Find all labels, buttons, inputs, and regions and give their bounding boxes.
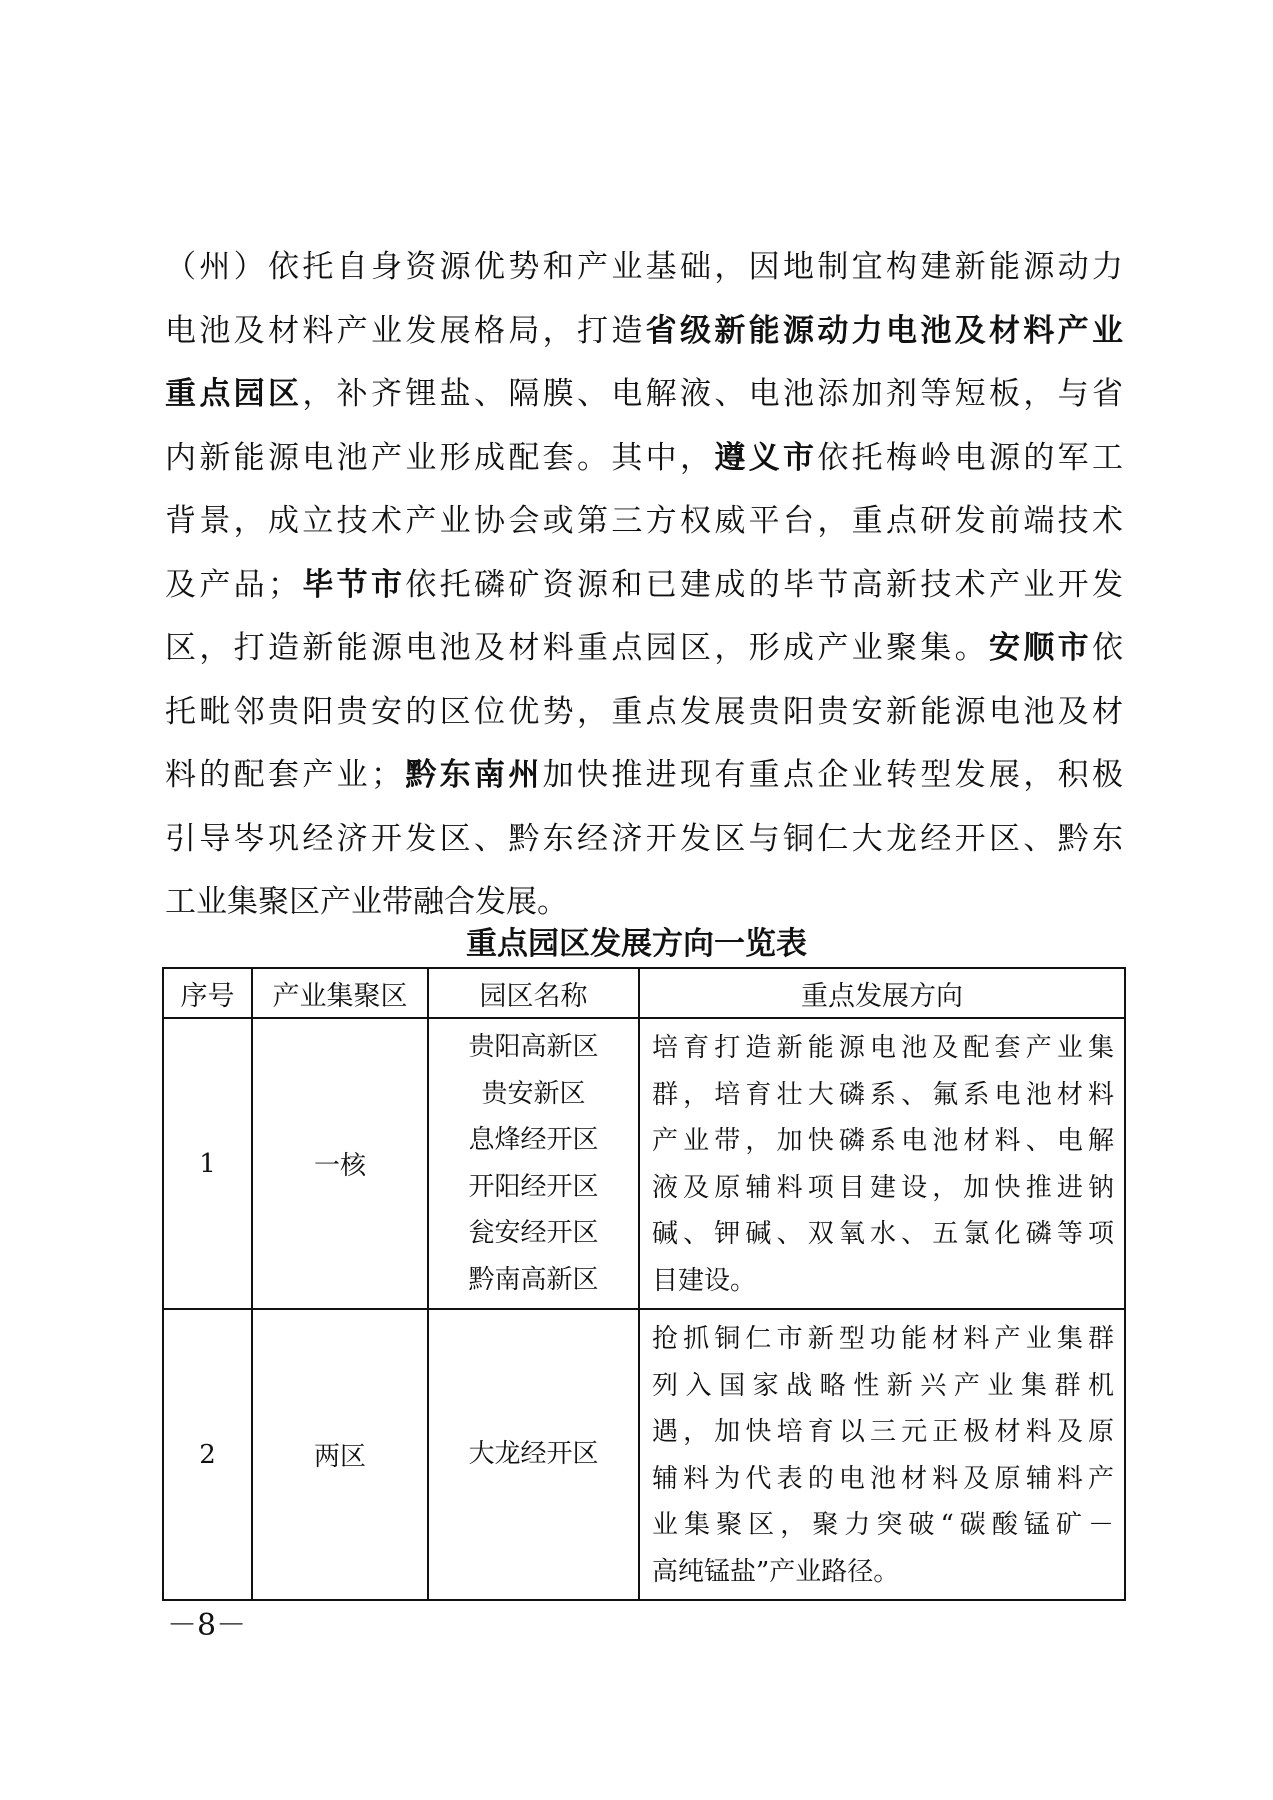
text-run: 托毗邻贵阳贵安的区位优势，重点发展贵阳贵安新能源电池及材 — [165, 694, 1123, 730]
bold-text-run: 重点园区 — [165, 376, 302, 412]
text-run: 依托磷矿资源和已建成的毕节高新技术产业开发 — [405, 567, 1123, 603]
bold-text-run: 安顺市 — [989, 630, 1092, 666]
body-paragraph: （州）依托自身资源优势和产业基础，因地制宜构建新能源动力 电池及材料产业发展格局… — [165, 236, 1123, 935]
text-run: （州）依托自身资源优势和产业基础，因地制宜构建新能源动力 — [165, 249, 1123, 285]
paragraph-line: 背景，成立技术产业协会或第三方权威平台，重点研发前端技术 — [165, 490, 1123, 554]
page-number: －8－ — [167, 1600, 246, 1644]
park-name: 瓮安经开区 — [429, 1210, 638, 1257]
paragraph-line: （州）依托自身资源优势和产业基础，因地制宜构建新能源动力 — [165, 236, 1123, 300]
text-run: 及产品； — [165, 567, 299, 603]
direction-line: 产业带，加快磷系电池材料、电解 — [652, 1118, 1114, 1165]
text-run: 区，打造新能源电池及材料重点园区，形成产业聚集。 — [165, 630, 989, 666]
park-name: 贵阳高新区 — [429, 1024, 638, 1071]
header-index: 序号 — [163, 968, 252, 1018]
paragraph-line: 托毗邻贵阳贵安的区位优势，重点发展贵阳贵安新能源电池及材 — [165, 681, 1123, 745]
direction-line: 遇，加快培育以三元正极材料及原 — [652, 1409, 1114, 1456]
cell-direction: 抢抓铜仁市新型功能材料产业集群 列入国家战略性新兴产业集群机 遇，加快培育以三元… — [639, 1309, 1125, 1600]
bold-text-run: 遵义市 — [714, 440, 817, 476]
header-park-name: 园区名称 — [428, 968, 639, 1018]
text-run: ，补齐锂盐、隔膜、电解液、电池添加剂等短板，与省 — [302, 376, 1123, 412]
header-direction: 重点发展方向 — [639, 968, 1125, 1018]
text-run: 加快推进现有重点企业转型发展，积极 — [543, 757, 1123, 793]
text-run: 电池及材料产业发展格局，打造 — [165, 313, 646, 349]
direction-line: 液及原辅料项目建设，加快推进钠 — [652, 1165, 1114, 1212]
direction-line: 培育打造新能源电池及配套产业集 — [652, 1025, 1114, 1072]
paragraph-line: 及产品；毕节市依托磷矿资源和已建成的毕节高新技术产业开发 — [165, 554, 1123, 618]
park-name: 大龙经开区 — [429, 1431, 638, 1478]
direction-line: 辅料为代表的电池材料及原辅料产 — [652, 1456, 1114, 1503]
bold-text-run: 省级新能源动力电池及材料产业 — [646, 313, 1123, 349]
text-run: 料的配套产业； — [165, 757, 402, 793]
table-row: 2 两区 大龙经开区 抢抓铜仁市新型功能材料产业集群 列入国家战略性新兴产业集群… — [163, 1309, 1125, 1600]
cell-park-names: 贵阳高新区 贵安新区 息烽经开区 开阳经开区 瓮安经开区 黔南高新区 — [428, 1018, 639, 1309]
park-direction-table: 序号 产业集聚区 园区名称 重点发展方向 1 一核 贵阳高新区 贵安新区 息烽经… — [162, 967, 1126, 1601]
text-run: 依托梅岭电源的军工 — [817, 440, 1123, 476]
bold-text-run: 毕节市 — [299, 567, 405, 603]
cell-cluster: 一核 — [252, 1018, 428, 1309]
table-row: 1 一核 贵阳高新区 贵安新区 息烽经开区 开阳经开区 瓮安经开区 黔南高新区 … — [163, 1018, 1125, 1309]
text-run: 内新能源电池产业形成配套。其中， — [165, 440, 714, 476]
direction-line: 群，培育壮大磷系、氟系电池材料 — [652, 1072, 1114, 1119]
paragraph-line: 区，打造新能源电池及材料重点园区，形成产业聚集。安顺市依 — [165, 617, 1123, 681]
text-run: 依 — [1092, 630, 1123, 666]
cell-index: 2 — [163, 1309, 252, 1600]
table-caption: 重点园区发展方向一览表 — [0, 918, 1273, 963]
bold-text-run: 黔东南州 — [402, 757, 543, 793]
park-name: 开阳经开区 — [429, 1164, 638, 1211]
direction-line: 目建设。 — [652, 1258, 1114, 1305]
cell-park-names: 大龙经开区 — [428, 1309, 639, 1600]
paragraph-line: 重点园区，补齐锂盐、隔膜、电解液、电池添加剂等短板，与省 — [165, 363, 1123, 427]
direction-line: 列入国家战略性新兴产业集群机 — [652, 1363, 1114, 1410]
paragraph-line: 电池及材料产业发展格局，打造省级新能源动力电池及材料产业 — [165, 300, 1123, 364]
text-run: 引导岑巩经济开发区、黔东经济开发区与铜仁大龙经开区、黔东 — [165, 821, 1123, 857]
cell-index: 1 — [163, 1018, 252, 1309]
header-cluster: 产业集聚区 — [252, 968, 428, 1018]
park-name: 息烽经开区 — [429, 1117, 638, 1164]
direction-line: 碱、钾碱、双氧水、五氯化磷等项 — [652, 1211, 1114, 1258]
paragraph-line: 内新能源电池产业形成配套。其中，遵义市依托梅岭电源的军工 — [165, 427, 1123, 491]
cell-direction: 培育打造新能源电池及配套产业集 群，培育壮大磷系、氟系电池材料 产业带，加快磷系… — [639, 1018, 1125, 1309]
text-run: 工业集聚区产业带融合发展。 — [165, 884, 568, 920]
park-name: 黔南高新区 — [429, 1257, 638, 1304]
park-name: 贵安新区 — [429, 1071, 638, 1118]
cell-cluster: 两区 — [252, 1309, 428, 1600]
paragraph-line: 引导岑巩经济开发区、黔东经济开发区与铜仁大龙经开区、黔东 — [165, 808, 1123, 872]
direction-line: 高纯锰盐”产业路径。 — [652, 1549, 1114, 1596]
text-run: 背景，成立技术产业协会或第三方权威平台，重点研发前端技术 — [165, 503, 1123, 539]
table-header-row: 序号 产业集聚区 园区名称 重点发展方向 — [163, 968, 1125, 1018]
paragraph-line: 料的配套产业；黔东南州加快推进现有重点企业转型发展，积极 — [165, 744, 1123, 808]
direction-line: 抢抓铜仁市新型功能材料产业集群 — [652, 1316, 1114, 1363]
direction-line: 业集聚区，聚力突破“碳酸锰矿－ — [652, 1502, 1114, 1549]
